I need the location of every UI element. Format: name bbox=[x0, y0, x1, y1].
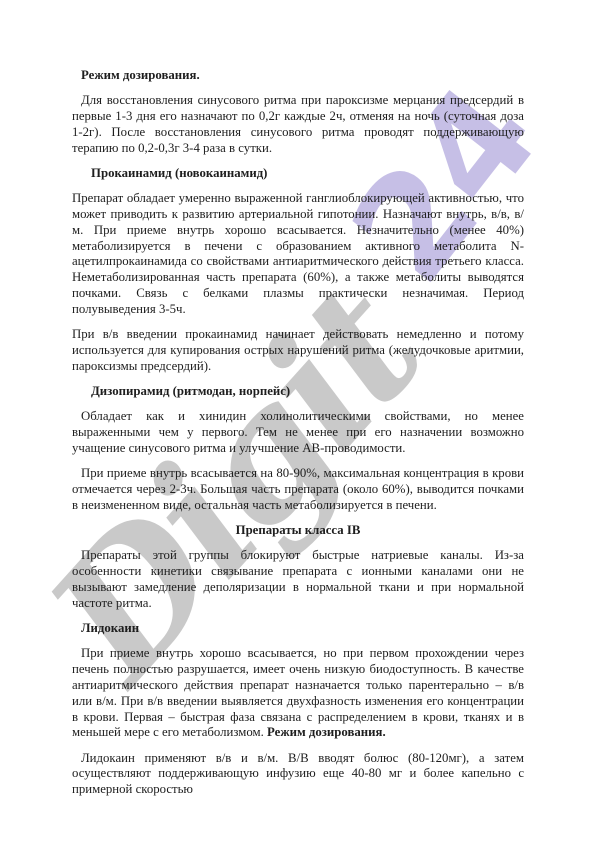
text-run: Обладает как и хинидин холинолитическими… bbox=[72, 409, 524, 455]
heading-preparaty-klassa-ib: Препараты класса IB bbox=[72, 523, 524, 539]
paragraph-prokainamid-vv-vvedenie: При в/в введении прокаинамид начинает де… bbox=[72, 327, 524, 374]
text-run: Лидокаин применяют в/в и в/м. В/В вводят… bbox=[72, 751, 524, 797]
text-run: Дизопирамид (ритмодан, норпейс) bbox=[91, 384, 290, 398]
heading-lidokain: Лидокаин bbox=[72, 621, 524, 637]
text-run: Препарат обладает умеренно выраженной га… bbox=[72, 191, 524, 316]
text-run: При приеме внутрь всасывается на 80-90%,… bbox=[72, 466, 524, 512]
heading-prokainamid: Прокаинамид (новокаинамид) bbox=[72, 166, 524, 182]
text-run: Для восстановления синусового ритма при … bbox=[72, 93, 524, 154]
text-run: При в/в введении прокаинамид начинает де… bbox=[72, 327, 524, 373]
text-run: Лидокаин bbox=[81, 621, 139, 635]
paragraph-klass-ib-opisanie: Препараты этой группы блокируют быстрые … bbox=[72, 548, 524, 611]
paragraph-prokainamid-svoystva: Препарат обладает умеренно выраженной га… bbox=[72, 191, 524, 317]
text-run: Режим дозирования. bbox=[81, 68, 200, 82]
text-run: Препараты класса IB bbox=[236, 523, 361, 537]
text-run: Препараты этой группы блокируют быстрые … bbox=[72, 548, 524, 609]
paragraph-lidokain-dozirovanie: Лидокаин применяют в/в и в/м. В/В вводят… bbox=[72, 751, 524, 798]
heading-rezhim-dozirovaniya: Режим дозирования. bbox=[72, 68, 524, 84]
bold-run: Режим дозирования. bbox=[267, 725, 386, 739]
paragraph-dizopiramid-farmakokinetika: При приеме внутрь всасывается на 80-90%,… bbox=[72, 466, 524, 513]
text-run: Прокаинамид (новокаинамид) bbox=[91, 166, 267, 180]
paragraph-dozirovanie-khinidin: Для восстановления синусового ритма при … bbox=[72, 93, 524, 156]
document-page: Digit 24 Режим дозирования.Для восстанов… bbox=[0, 0, 596, 842]
paragraph-dizopiramid-svoystva: Обладает как и хинидин холинолитическими… bbox=[72, 409, 524, 456]
paragraph-lidokain-svoystva: При приеме внутрь хорошо всасывается, но… bbox=[72, 646, 524, 741]
heading-dizopiramid: Дизопирамид (ритмодан, норпейс) bbox=[72, 384, 524, 400]
document-content: Режим дозирования.Для восстановления син… bbox=[72, 68, 524, 808]
